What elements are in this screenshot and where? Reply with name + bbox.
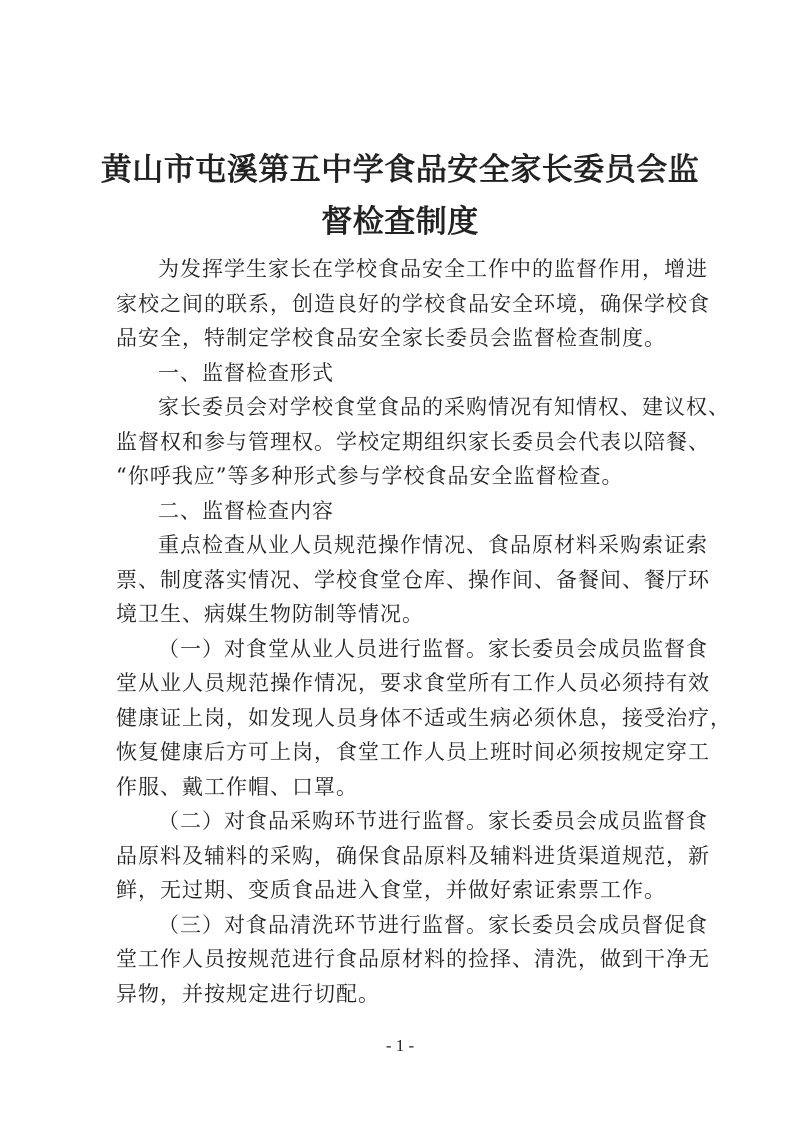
body-line: 鲜，无过期、变质食品进入食堂，并做好索证索票工作。 — [116, 873, 688, 908]
body-line: 品安全，特制定学校食品安全家长委员会监督检查制度。 — [116, 321, 688, 356]
body-line: 家长委员会对学校食堂食品的采购情况有知情权、建议权、 — [116, 390, 688, 425]
body-line: 一、监督检查形式 — [116, 356, 688, 391]
body-line: “你呼我应”等多种形式参与学校食品安全监督检查。 — [116, 459, 688, 494]
body-line: 异物，并按规定进行切配。 — [116, 977, 688, 1012]
body-line: （三）对食品清洗环节进行监督。家长委员会成员督促食 — [116, 908, 688, 943]
body-line: （二）对食品采购环节进行监督。家长委员会成员监督食 — [116, 804, 688, 839]
body-line: 健康证上岗，如发现人员身体不适或生病必须休息，接受治疗， — [116, 701, 688, 736]
body-line: 境卫生、病媒生物防制等情况。 — [116, 597, 688, 632]
body-line: 恢复健康后方可上岗，食堂工作人员上班时间必须按规定穿工 — [116, 735, 688, 770]
document-page: 黄山市屯溪第五中学食品安全家长委员会监 督检查制度 为发挥学生家长在学校食品安全… — [0, 0, 800, 1132]
body-line: 票、制度落实情况、学校食堂仓库、操作间、备餐间、餐厅环 — [116, 563, 688, 598]
document-title-line-1: 黄山市屯溪第五中学食品安全家长委员会监 — [0, 144, 800, 189]
body-line: 家校之间的联系，创造良好的学校食品安全环境，确保学校食 — [116, 287, 688, 322]
body-line: 作服、戴工作帽、口罩。 — [116, 770, 688, 805]
document-title-line-2: 督检查制度 — [0, 196, 800, 241]
page-number: - 1 - — [0, 1036, 800, 1056]
body-line: 重点检查从业人员规范操作情况、食品原材料采购索证索 — [116, 528, 688, 563]
body-line: 二、监督检查内容 — [116, 494, 688, 529]
body-line: 堂工作人员按规范进行食品原材料的捡择、清洗，做到干净无 — [116, 942, 688, 977]
document-body: 为发挥学生家长在学校食品安全工作中的监督作用，增进家校之间的联系，创造良好的学校… — [116, 252, 688, 1011]
body-line: 监督权和参与管理权。学校定期组织家长委员会代表以陪餐、 — [116, 425, 688, 460]
body-line: 堂从业人员规范操作情况，要求食堂所有工作人员必须持有效 — [116, 666, 688, 701]
body-line: （一）对食堂从业人员进行监督。家长委员会成员监督食 — [116, 632, 688, 667]
body-line: 为发挥学生家长在学校食品安全工作中的监督作用，增进 — [116, 252, 688, 287]
body-line: 品原料及辅料的采购，确保食品原料及辅料进货渠道规范，新 — [116, 839, 688, 874]
